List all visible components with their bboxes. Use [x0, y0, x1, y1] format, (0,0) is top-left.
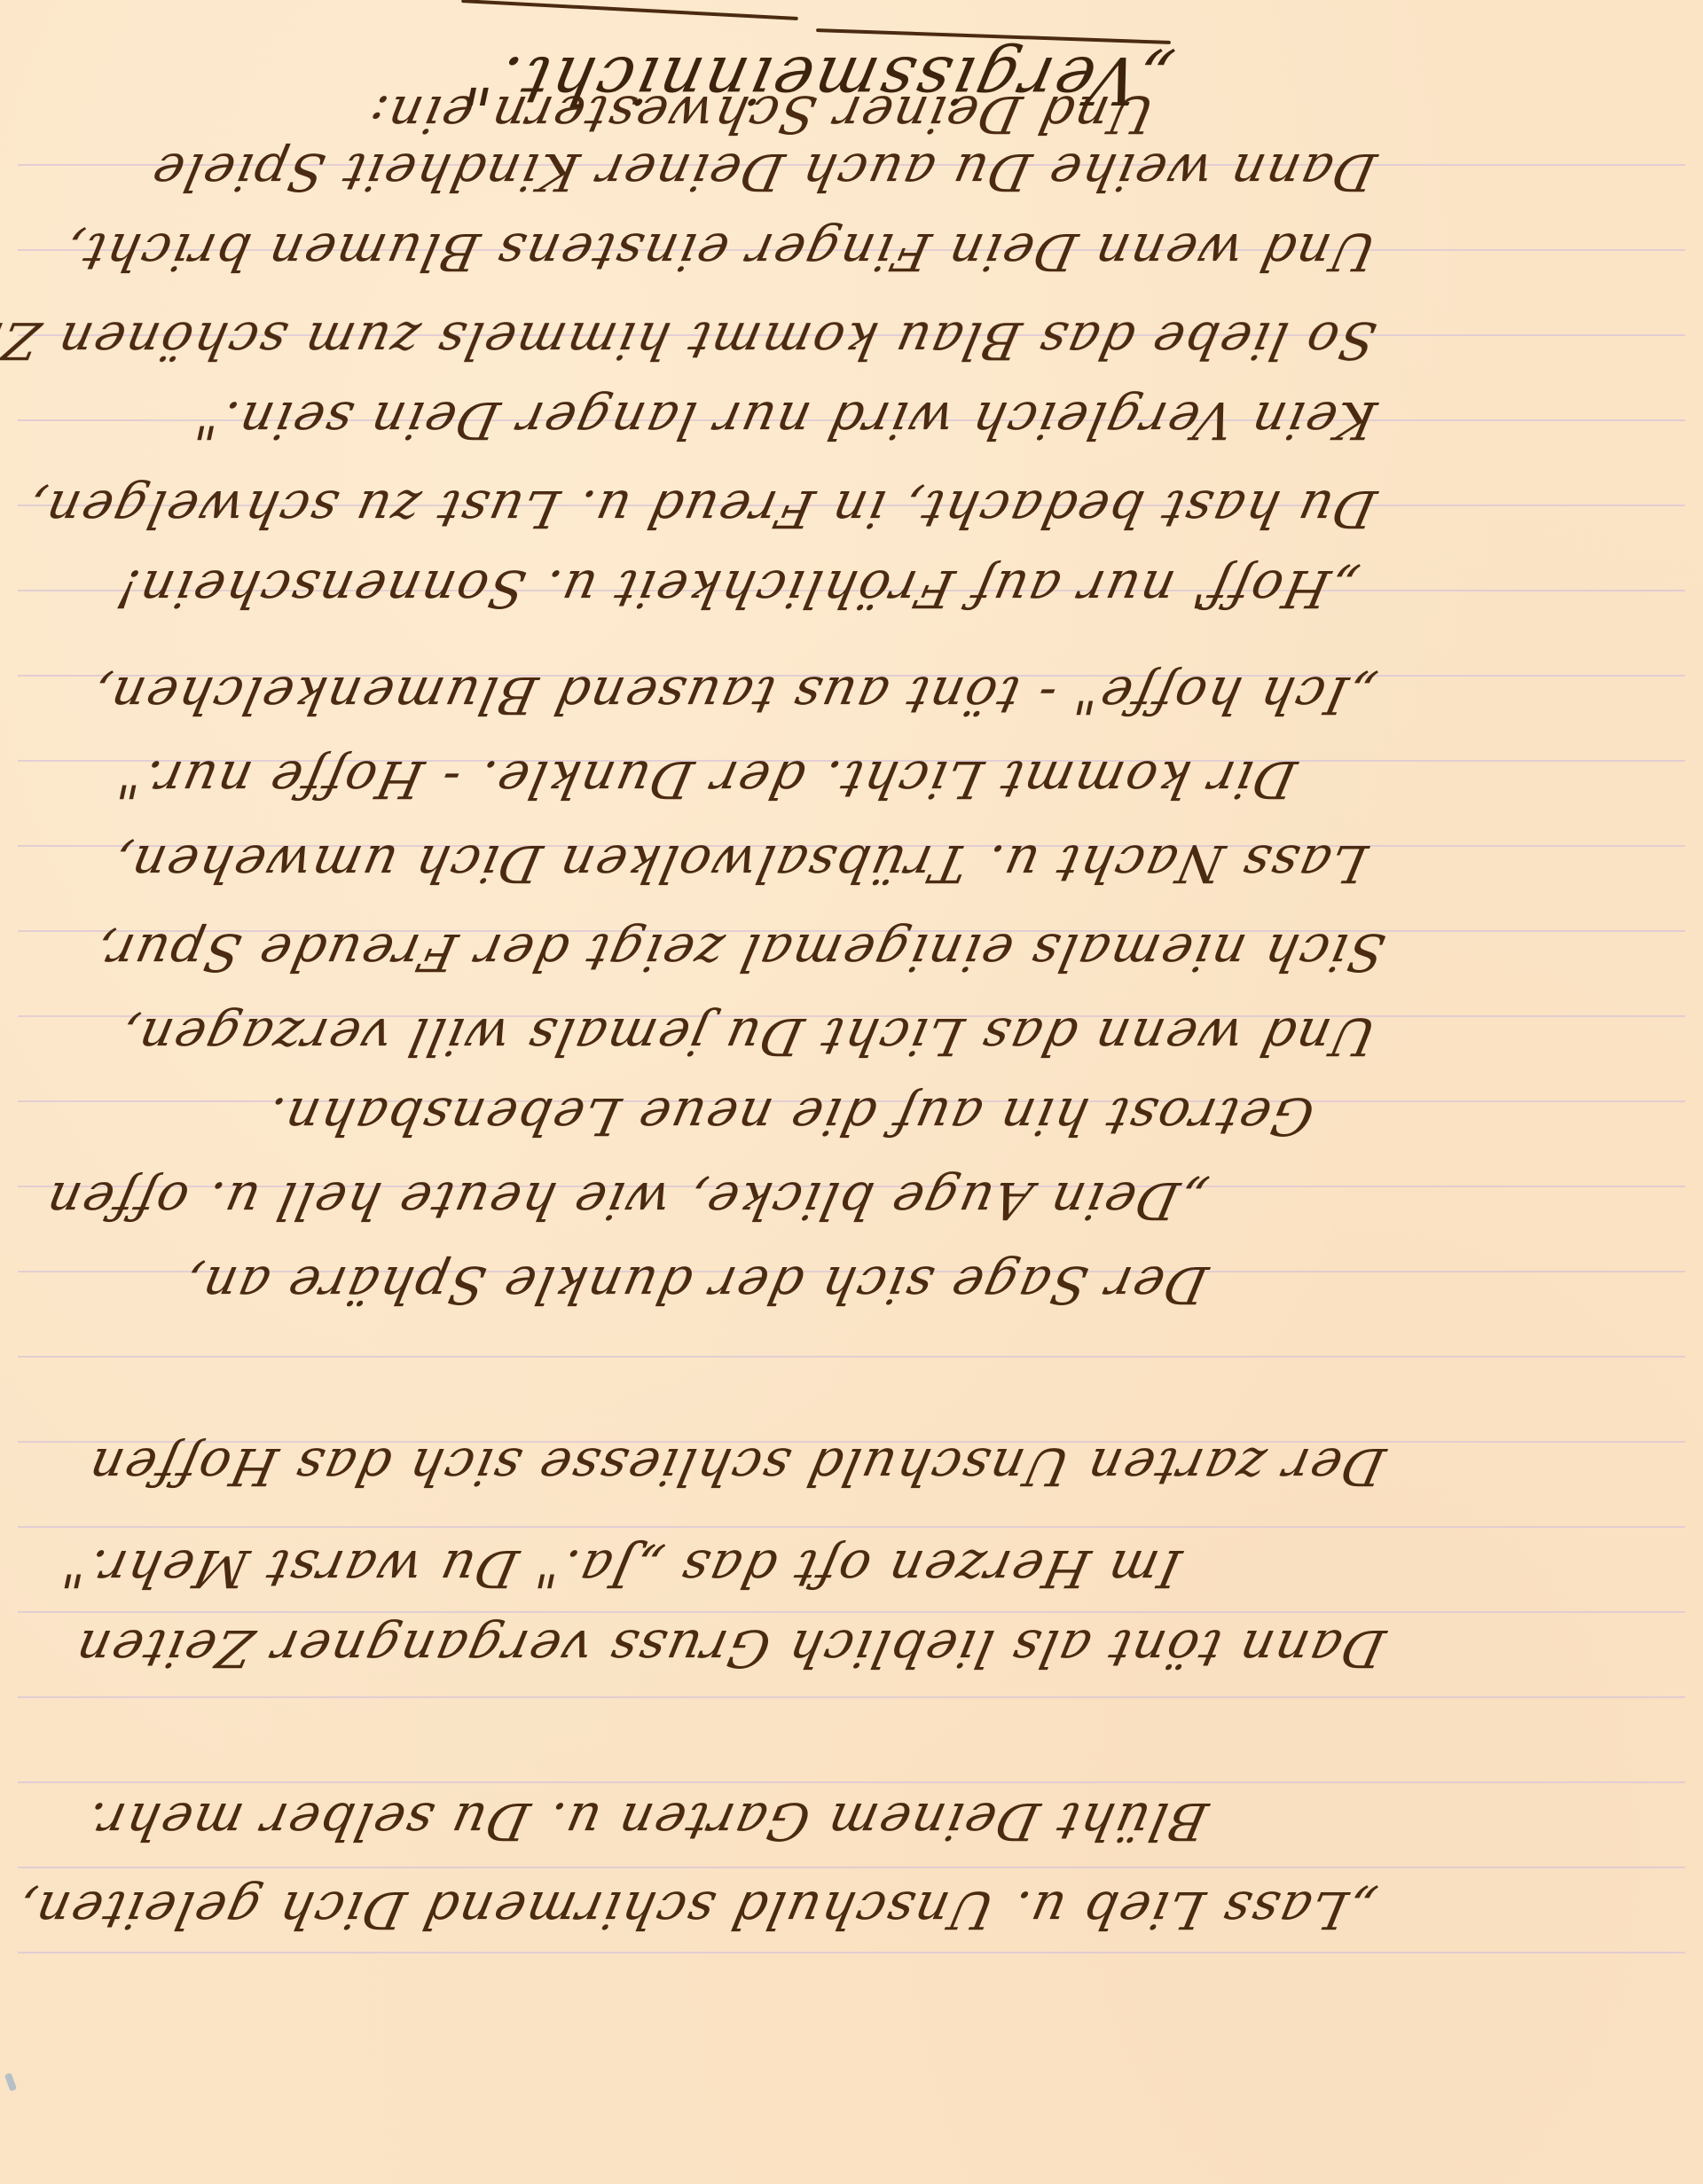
- poem-line: Der Sage sich der dunkle Sphäre an,: [177, 1255, 1213, 1315]
- poem-line: Und wenn das Licht Du jemals will verzag…: [113, 1006, 1381, 1067]
- ruled-line: [18, 1611, 1685, 1613]
- poem-line: Im Herzen oft das „Ja." Du warst Mehr.": [55, 1538, 1186, 1599]
- poem-line: Getrost hin auf die neue Lebensbahn.: [260, 1086, 1320, 1147]
- poem-line: Dann tönt als lieblich Gruss vergangner …: [69, 1618, 1391, 1679]
- title-underline: [461, 0, 798, 20]
- ruled-line: [18, 1781, 1685, 1783]
- poem-line: Lass Nacht u. Trübsalwolken Dich umwehen…: [106, 834, 1372, 894]
- poem-line: „Ich hoffe" - tönt aus tausend Blumenkel…: [85, 665, 1381, 725]
- poem-line: Und wenn Dein Finger einstens Blumen bri…: [58, 222, 1381, 282]
- poem-line: „Hoff' nur auf Fröhlichkeit u. Sonnensch…: [110, 559, 1363, 619]
- poem-line: Dann weihe Du auch Deiner Kindheit Spiel…: [145, 142, 1381, 202]
- poem-line: „Lass Lieb u. Unschuld schirmend Dich ge…: [10, 1880, 1381, 1940]
- poem-line: Du hast bedacht, in Freud u. Lust zu sch…: [20, 479, 1381, 539]
- poem-line: Blüht Deinem Garten u. Du selber mehr.: [79, 1791, 1213, 1851]
- poem-line: Der zarten Unschuld schliesse sich das H…: [82, 1436, 1390, 1497]
- ruled-line: [18, 1696, 1685, 1698]
- poem-line: Sich niemals einigemal zeigt der Freude …: [88, 922, 1390, 982]
- poem-line: So liebe das Blau kommt himmels zum schö…: [0, 310, 1381, 371]
- poem-line: Kein Vergleich wird nur langer Dein sein…: [188, 390, 1381, 450]
- handwritten-letter-page: „Lass Lieb u. Unschuld schirmend Dich ge…: [0, 0, 1703, 2184]
- page-title: „Vergissmeinnicht.": [456, 42, 1179, 118]
- poem-line: „Dein Auge blicke, wie heute hell u. off…: [39, 1170, 1213, 1231]
- ruled-line: [18, 1356, 1685, 1358]
- ruled-line: [18, 1952, 1685, 1953]
- rotated-content: „Lass Lieb u. Unschuld schirmend Dich ge…: [0, 0, 1703, 2184]
- ruled-line: [18, 1867, 1685, 1868]
- ruled-line: [18, 1526, 1685, 1528]
- poem-line: Dir kommt Licht. der Dunkle. - Hoffe nur…: [111, 749, 1302, 810]
